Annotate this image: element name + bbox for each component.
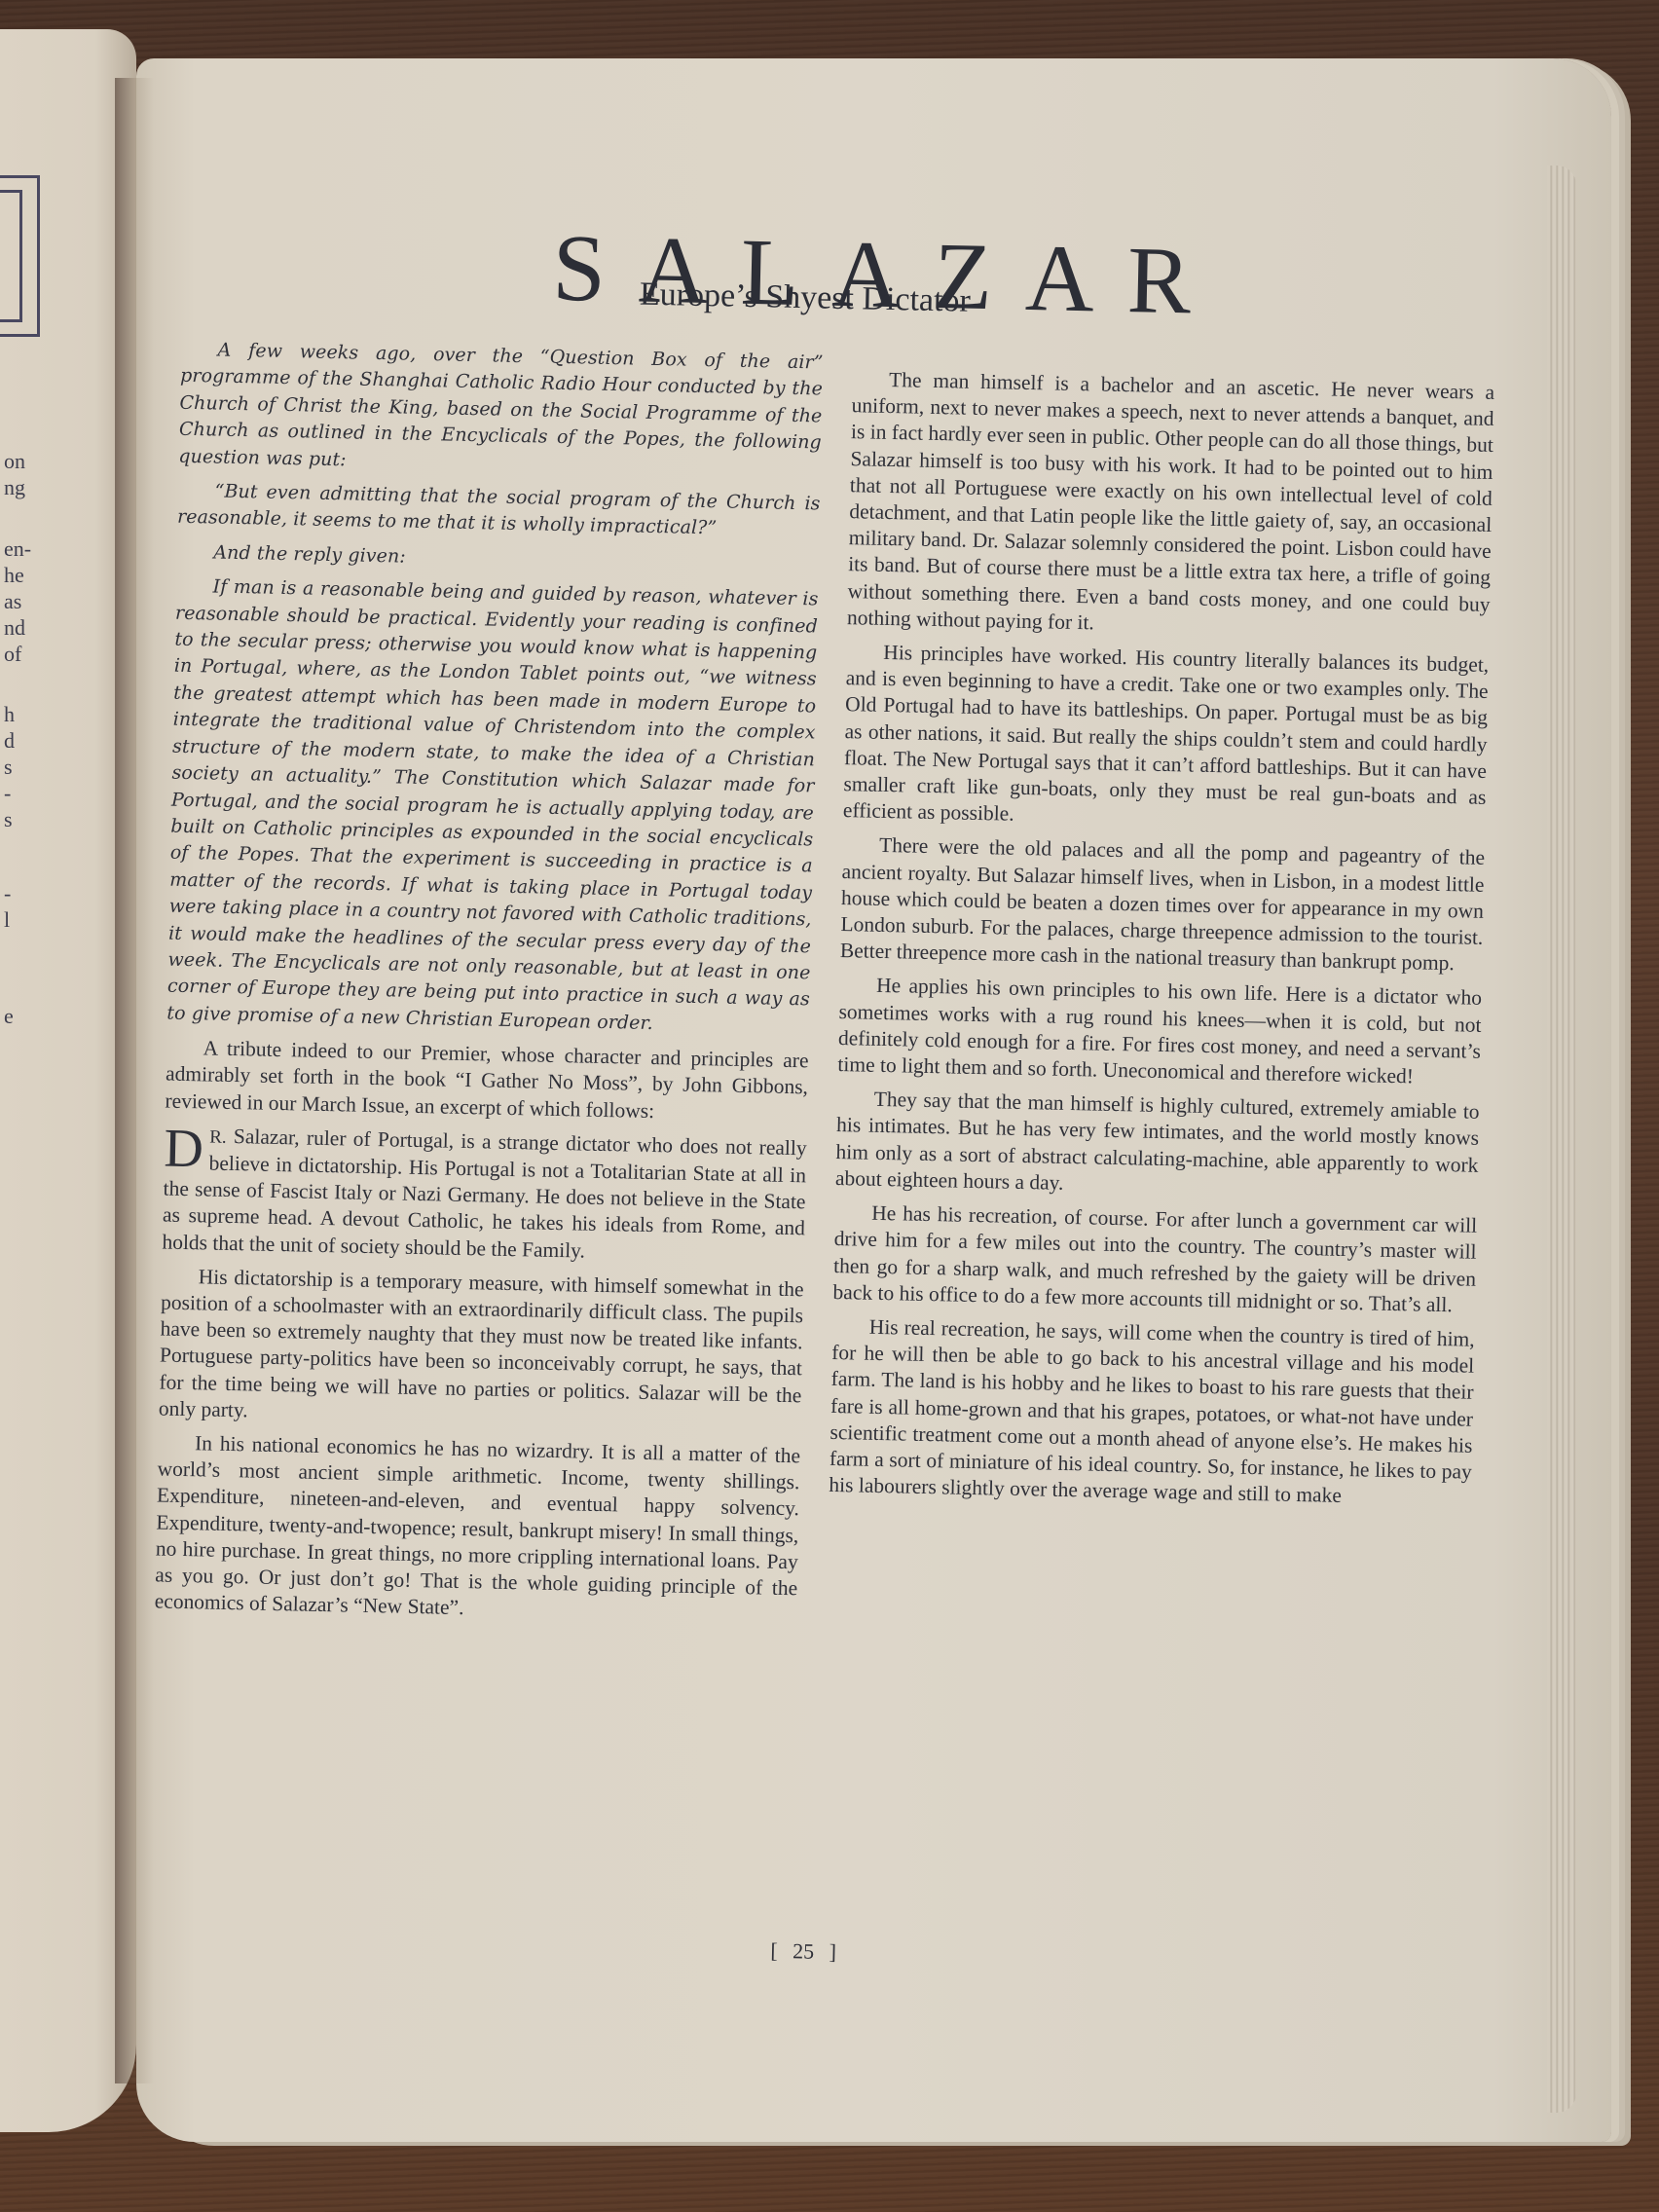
body-paragraph: He applies his own principles to his own… xyxy=(837,972,1482,1091)
left-page-fragment: as xyxy=(4,588,21,614)
left-page-fragment: - xyxy=(4,880,11,906)
body-paragraph: There were the old palaces and all the p… xyxy=(840,832,1486,978)
left-page-fragment: nd xyxy=(4,614,25,641)
tribute-paragraph: A tribute indeed to our Premier, whose c… xyxy=(165,1035,809,1127)
ornament-frame-inner-icon xyxy=(0,190,22,322)
left-page-fragment: s xyxy=(4,806,13,832)
left-page-fragment: ng xyxy=(4,474,25,500)
left-page-fragment: of xyxy=(4,641,21,667)
body-paragraph: They say that the man himself is highly … xyxy=(835,1086,1480,1205)
left-page-fragment: s xyxy=(4,754,13,780)
right-column: The man himself is a bachelor and an asc… xyxy=(829,366,1494,1520)
body-paragraph: His real recreation, he says, will come … xyxy=(829,1313,1475,1512)
left-page-fragment: l xyxy=(4,906,10,933)
body-paragraph: He has his recreation, of course. For af… xyxy=(832,1199,1477,1319)
left-page-fragment: - xyxy=(4,780,11,806)
body-paragraph: His principles have worked. His country … xyxy=(843,639,1490,837)
excerpt-opening-text: Salazar, ruler of Portugal, is a strange… xyxy=(162,1124,807,1263)
left-page-fragment: en- xyxy=(4,535,31,562)
intro-paragraph: A few weeks ago, over the “Question Box … xyxy=(178,337,824,484)
left-page-fragment: h xyxy=(4,701,15,727)
page-number: [ 25 ] xyxy=(770,1938,836,1965)
body-paragraph: His dictatorship is a temporary measure,… xyxy=(159,1263,804,1435)
intro-question: “But even admitting that the social prog… xyxy=(177,478,821,545)
body-paragraph: The man himself is a bachelor and an asc… xyxy=(847,366,1495,645)
drop-cap-continuation: R. xyxy=(209,1126,227,1147)
left-page-fragment: d xyxy=(4,727,15,754)
article: SALAZAR Europe’s Shyest Dictator A few w… xyxy=(146,142,1508,2019)
page-stack-edges xyxy=(1547,166,1576,2113)
left-column: A few weeks ago, over the “Question Box … xyxy=(154,337,824,1637)
intro-reply-lead: And the reply given: xyxy=(176,539,819,579)
intro-reply: If man is a reasonable being and guided … xyxy=(166,573,819,1041)
article-subtitle: Europe’s Shyest Dictator xyxy=(640,276,972,320)
left-page-fragment: he xyxy=(4,562,24,588)
excerpt-opening-paragraph: DR. Salazar, ruler of Portugal, is a str… xyxy=(162,1122,807,1269)
drop-cap: D xyxy=(164,1125,203,1171)
book-gutter-shadow xyxy=(115,78,154,2083)
left-page-fragment: e xyxy=(4,1003,14,1029)
body-paragraph: In his national economics he has no wiza… xyxy=(154,1429,800,1628)
left-page-fragment: on xyxy=(4,448,25,474)
